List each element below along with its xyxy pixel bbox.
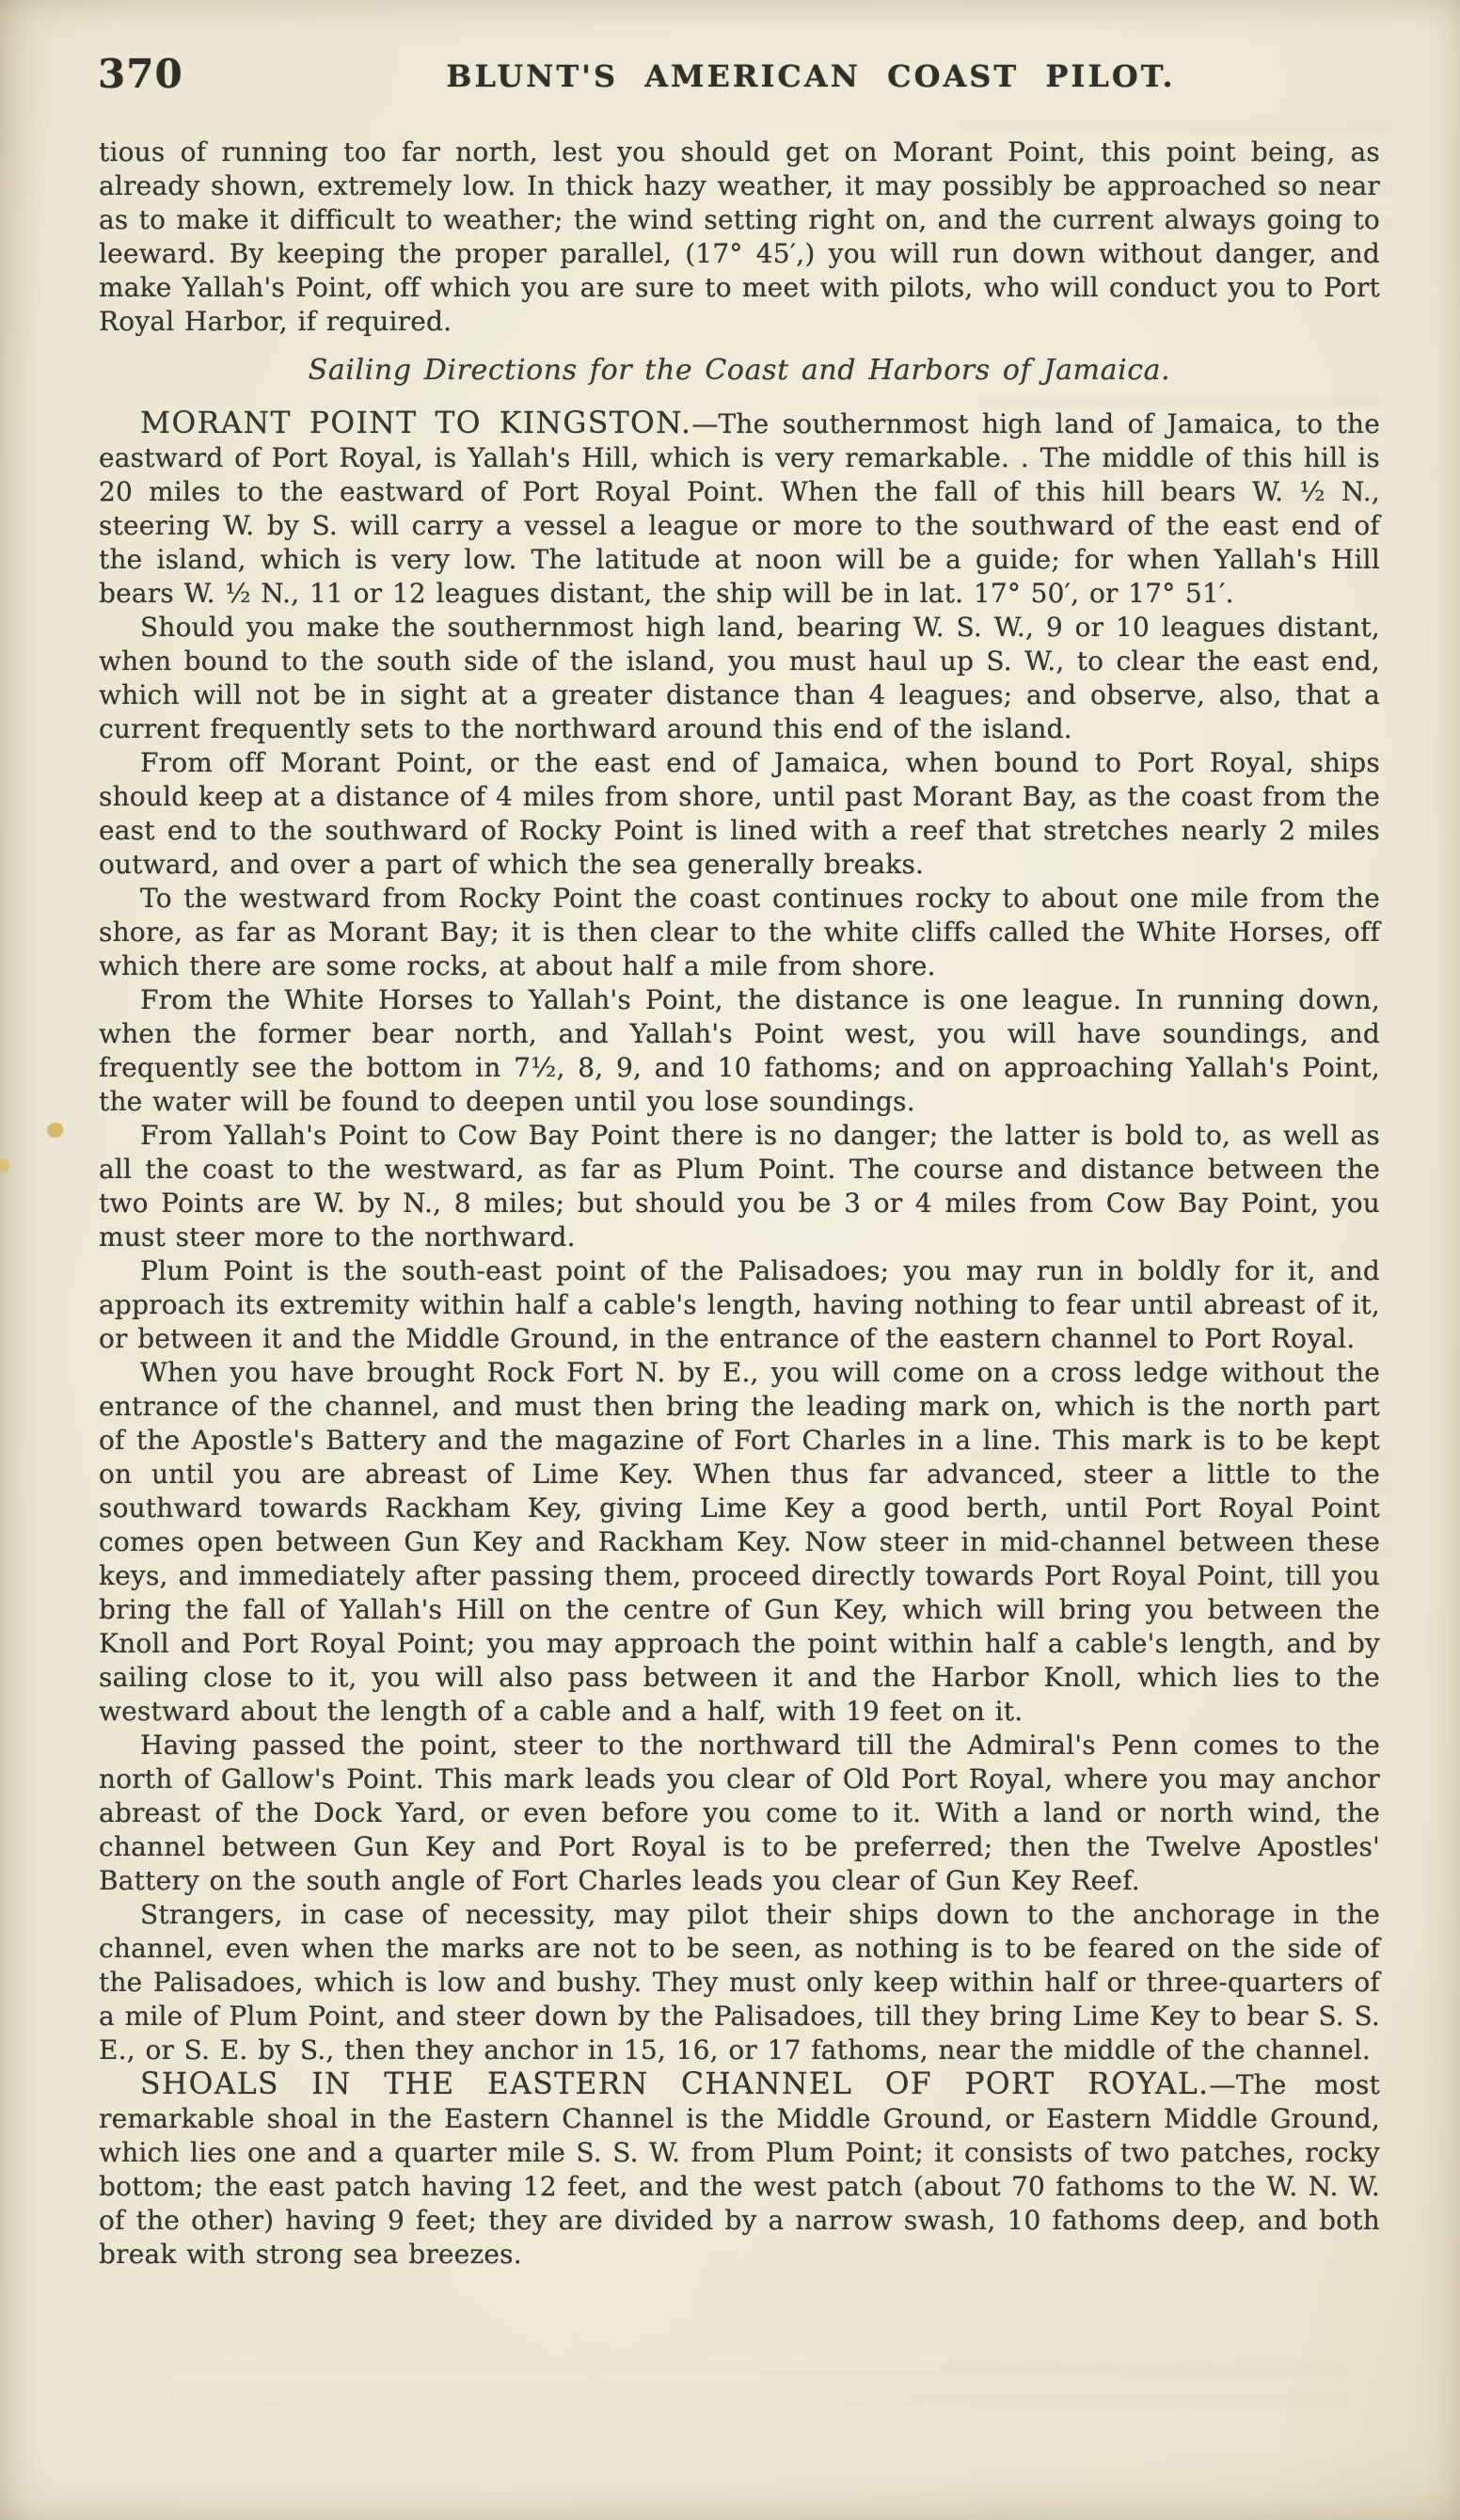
paragraph: MORANT POINT TO KINGSTON.—The southernmo… (99, 407, 1380, 611)
paragraph: From off Morant Point, or the east end o… (99, 746, 1380, 882)
paragraph-text: tious of running too far north, lest you… (99, 136, 1380, 337)
paragraph: SHOALS IN THE EASTERN CHANNEL OF PORT RO… (99, 2067, 1380, 2272)
paragraph-text: Having passed the point, steer to the no… (99, 1730, 1380, 1896)
ink-stain-spot (47, 1123, 63, 1138)
paragraph: When you have brought Rock Fort N. by E.… (99, 1356, 1380, 1729)
paragraph-text: Should you make the southernmost high la… (99, 612, 1380, 744)
bleedthrough-smudge (169, 2362, 1345, 2418)
paragraph: From the White Horses to Yallah's Point,… (99, 983, 1380, 1119)
paragraph: Should you make the southernmost high la… (99, 611, 1380, 746)
paragraph: Strangers, in case of necessity, may pil… (99, 1898, 1380, 2067)
text-block: tious of running too far north, lest you… (99, 136, 1380, 2272)
paragraph: Plum Point is the south-east point of th… (99, 1254, 1380, 1356)
scanned-book-page: 370 BLUNT'S AMERICAN COAST PILOT. tious … (0, 0, 1460, 2520)
paragraph-lead: SHOALS IN THE EASTERN CHANNEL OF PORT RO… (140, 2067, 1210, 2101)
paragraph-lead: MORANT POINT TO KINGSTON. (140, 407, 691, 440)
section-heading: Sailing Directions for the Coast and Har… (99, 354, 1380, 388)
page-title: BLUNT'S AMERICAN COAST PILOT. (81, 58, 1460, 94)
paragraph-text: Plum Point is the south-east point of th… (99, 1255, 1380, 1354)
paragraph: tious of running too far north, lest you… (99, 136, 1380, 339)
paragraph: Having passed the point, steer to the no… (99, 1729, 1380, 1898)
paragraph: From Yallah's Point to Cow Bay Point the… (99, 1119, 1380, 1254)
paragraph-text: From Yallah's Point to Cow Bay Point the… (99, 1120, 1380, 1252)
paragraph-text: When you have brought Rock Fort N. by E.… (99, 1357, 1380, 1727)
paragraph: To the westward from Rocky Point the coa… (99, 882, 1380, 983)
paragraph-text: From off Morant Point, or the east end o… (99, 747, 1380, 880)
ink-stain-edge (0, 1159, 9, 1172)
paragraph-text: From the White Horses to Yallah's Point,… (99, 984, 1380, 1117)
paragraph-text: To the westward from Rocky Point the coa… (99, 883, 1380, 981)
paragraph-text: Strangers, in case of necessity, may pil… (99, 1899, 1380, 2065)
